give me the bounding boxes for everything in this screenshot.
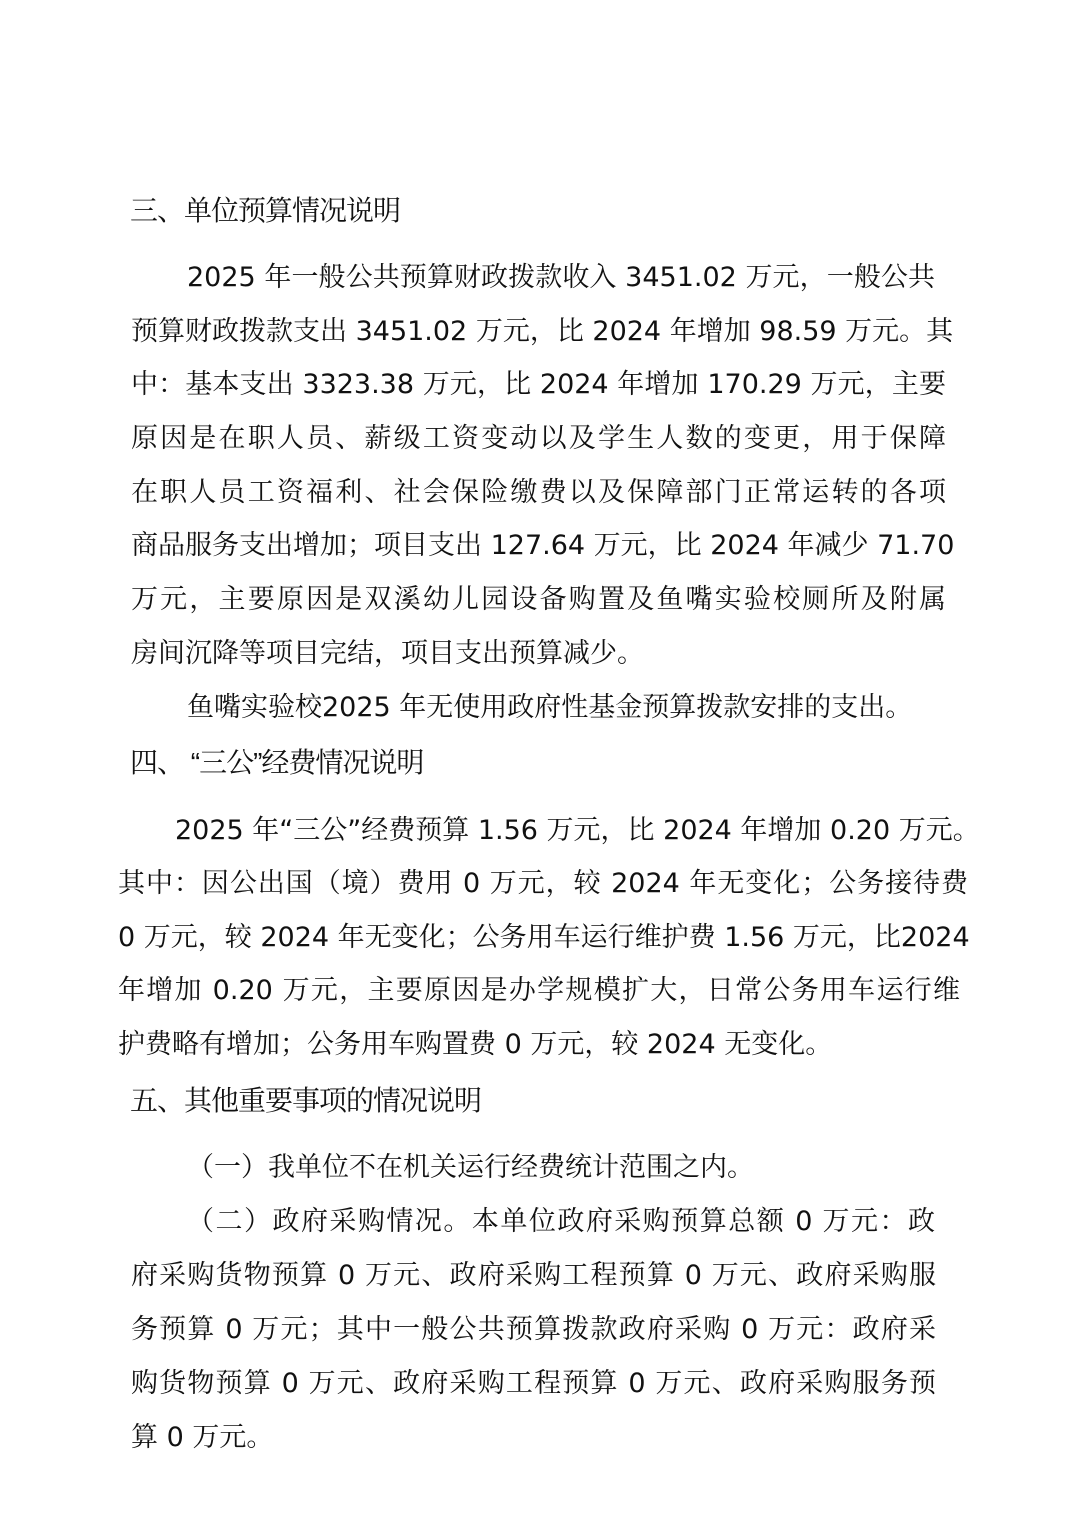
paragraph-line: 在职人员工资福利、社会保险缴费以及保障部门正常运转的各项: [131, 470, 946, 509]
section-4-heading: 四、 “三公”经费情况说明: [130, 741, 423, 781]
paragraph-line: 其中：因公出国（境）费用 0 万元，较 2024 年无变化；公务接待费: [118, 861, 968, 900]
item-2-line: （二）政府采购情况。本单位政府采购预算总额 0 万元：政: [187, 1199, 935, 1238]
paragraph-line: 商品服务支出增加；项目支出 127.64 万元，比 2024 年减少 71.70: [131, 523, 946, 562]
section-3-heading: 三、单位预算情况说明: [130, 189, 400, 229]
paragraph-line: 原因是在职人员、薪级工资变动以及学生人数的变更，用于保障: [131, 416, 946, 455]
item-2-line: 算 0 万元。: [131, 1415, 273, 1454]
fund-note: 鱼嘴实验校2025 年无使用政府性基金预算拨款安排的支出。: [187, 685, 912, 724]
section-5-heading: 五、其他重要事项的情况说明: [130, 1079, 481, 1119]
paragraph-line: 预算财政拨款支出 3451.02 万元，比 2024 年增加 98.59 万元。…: [131, 309, 946, 348]
paragraph-line: 年增加 0.20 万元，主要原因是办学规模扩大，日常公务用车运行维: [118, 968, 960, 1007]
paragraph-line: 中：基本支出 3323.38 万元，比 2024 年增加 170.29 万元，主…: [131, 362, 946, 401]
paragraph-line: 房间沉降等项目完结，项目支出预算减少。: [131, 631, 644, 670]
item-2-line: 务预算 0 万元；其中一般公共预算拨款政府采购 0 万元：政府采: [131, 1307, 936, 1346]
item-2-line: 府采购货物预算 0 万元、政府采购工程预算 0 万元、政府采购服: [131, 1253, 936, 1292]
item-2-line: 购货物预算 0 万元、政府采购工程预算 0 万元、政府采购服务预: [131, 1361, 936, 1400]
paragraph-line: 万元，主要原因是双溪幼儿园设备购置及鱼嘴实验校厕所及附属: [131, 577, 946, 616]
paragraph-line: 2025 年“三公”经费预算 1.56 万元，比 2024 年增加 0.20 万…: [175, 808, 950, 847]
paragraph-line: 2025 年一般公共预算财政拨款收入 3451.02 万元，一般公共: [187, 255, 935, 294]
paragraph-line: 护费略有增加；公务用车购置费 0 万元，较 2024 无变化。: [118, 1022, 832, 1061]
paragraph-line: 0 万元，较 2024 年无变化；公务用车运行维护费 1.56 万元，比2024: [118, 915, 968, 954]
item-1: （一）我单位不在机关运行经费统计范围之内。: [187, 1145, 754, 1184]
